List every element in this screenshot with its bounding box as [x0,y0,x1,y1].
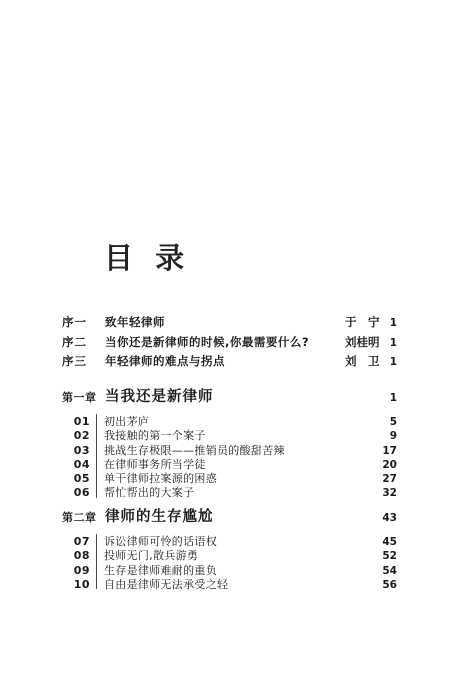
item-page-number: 9 [377,430,397,442]
toc-item-row: 07 诉讼律师可怜的话语权 45 [62,533,397,547]
toc-item-row: 10 自由是律师无法承受之轻 56 [62,576,397,590]
item-page-number: 52 [377,550,397,562]
items-separator-line [96,534,97,589]
item-number: 09 [62,564,90,577]
item-number: 06 [62,486,90,499]
item-page-number: 5 [377,416,397,428]
item-number: 05 [62,472,90,485]
preface-page-number: 1 [381,356,397,368]
item-page-number: 45 [377,536,397,548]
item-page-number: 20 [377,459,397,471]
page-title: 目 录 [104,236,190,277]
chapter-header: 第一章 当我还是新律师 1 [62,385,397,406]
chapter-section: 第一章 当我还是新律师 1 01 初出茅庐 5 02 我接触的第一个案子 9 0… [62,385,397,499]
toc-item-row: 06 帮忙帮出的大案子 32 [62,484,397,498]
toc-item-row: 02 我接触的第一个案子 9 [62,427,397,441]
preface-label: 序一 [62,314,105,330]
chapter-header: 第二章 律师的生存尴尬 43 [62,505,397,526]
toc-item-row: 09 生存是律师难耐的重负 54 [62,562,397,576]
item-title: 帮忙帮出的大案子 [104,484,377,500]
preface-author: 于 宁 [345,314,381,330]
item-number: 07 [62,535,90,548]
preface-row: 序二 当你还是新律师的时候,你最需要什么? 刘桂明 1 [62,334,397,354]
preface-page-number: 1 [381,317,397,329]
chapter-label: 第一章 [62,389,105,405]
preface-label: 序二 [62,334,105,350]
toc-item-row: 05 单干律师拉案源的困惑 27 [62,470,397,484]
items-separator-line [96,414,97,498]
item-page-number: 17 [377,445,397,457]
item-page-number: 56 [377,579,397,591]
toc-item-row: 01 初出茅庐 5 [62,413,397,427]
preface-title: 致年轻律师 [105,314,345,330]
toc-item-row: 04 在律师事务所当学徒 20 [62,456,397,470]
preface-label: 序三 [62,353,105,369]
item-number: 03 [62,444,90,457]
toc-item-row: 03 挑战生存极限——推销员的酸甜苦辣 17 [62,442,397,456]
chapter-page-number: 1 [377,392,397,404]
item-page-number: 27 [377,473,397,485]
toc-item-row: 08 投师无门,散兵游勇 52 [62,547,397,561]
preface-row: 序三 年轻律师的难点与拐点 刘 卫 1 [62,353,397,373]
preface-author: 刘桂明 [345,334,381,350]
preface-row: 序一 致年轻律师 于 宁 1 [62,314,397,334]
preface-list: 序一 致年轻律师 于 宁 1 序二 当你还是新律师的时候,你最需要什么? 刘桂明… [62,314,397,373]
chapter-item-list: 01 初出茅庐 5 02 我接触的第一个案子 9 03 挑战生存极限——推销员的… [62,413,397,499]
chapter-title: 当我还是新律师 [105,385,377,406]
item-number: 08 [62,549,90,562]
preface-page-number: 1 [381,337,397,349]
item-number: 01 [62,415,90,428]
item-page-number: 32 [377,487,397,499]
chapter-title: 律师的生存尴尬 [105,505,377,526]
item-number: 10 [62,578,90,591]
item-title: 自由是律师无法承受之轻 [104,576,377,592]
chapter-page-number: 43 [377,512,397,524]
toc-page: 目 录 序一 致年轻律师 于 宁 1 序二 当你还是新律师的时候,你最需要什么?… [0,0,455,692]
chapter-section: 第二章 律师的生存尴尬 43 07 诉讼律师可怜的话语权 45 08 投师无门,… [62,505,397,590]
preface-title: 年轻律师的难点与拐点 [105,353,345,369]
chapter-label: 第二章 [62,509,105,525]
item-page-number: 54 [377,565,397,577]
chapter-item-list: 07 诉讼律师可怜的话语权 45 08 投师无门,散兵游勇 52 09 生存是律… [62,533,397,590]
preface-author: 刘 卫 [345,353,381,369]
item-number: 04 [62,458,90,471]
item-number: 02 [62,429,90,442]
preface-title: 当你还是新律师的时候,你最需要什么? [105,334,345,350]
